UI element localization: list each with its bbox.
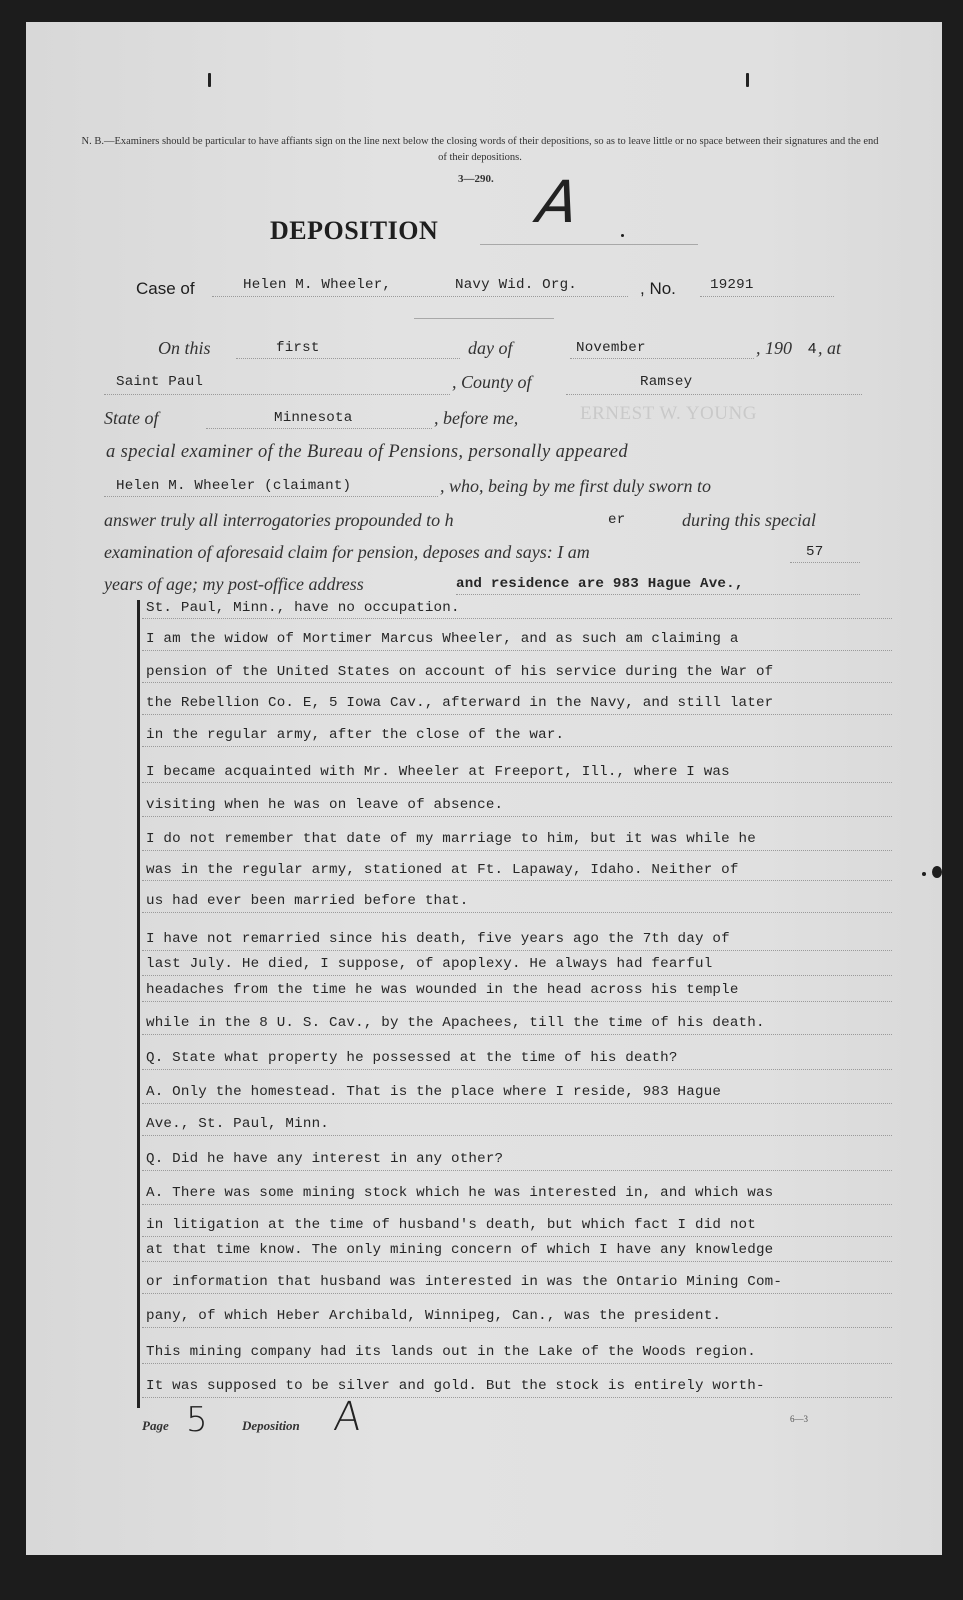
- body-line: I became acquainted with Mr. Wheeler at …: [146, 764, 730, 780]
- page-title: DEPOSITION: [270, 216, 438, 246]
- county-line: [566, 394, 862, 395]
- deposition-label: Deposition: [242, 1418, 300, 1434]
- body-line: the Rebellion Co. E, 5 Iowa Cav., afterw…: [146, 695, 773, 711]
- day-of-label: day of: [468, 338, 513, 359]
- years-label: years of age; my post-office address: [104, 574, 364, 595]
- ink-dot: [621, 234, 624, 237]
- pronoun-value: er: [608, 512, 625, 528]
- ink-blot: [932, 866, 942, 878]
- examiner-name-stamp: ERNEST W. YOUNG: [580, 403, 757, 425]
- state-line: [206, 428, 432, 429]
- case-field-line: [212, 296, 628, 297]
- rule-line: [142, 650, 892, 651]
- body-line: St. Paul, Minn., have no occupation.: [146, 600, 460, 616]
- page-number-handwritten: 5: [186, 1400, 208, 1440]
- footer-deposition-letter-handwritten: A: [332, 1394, 364, 1440]
- rule-line: [142, 1236, 892, 1237]
- form-number: 3—290.: [458, 173, 494, 185]
- body-line: A. Only the homestead. That is the place…: [146, 1084, 721, 1100]
- examiner-line: a special examiner of the Bureau of Pens…: [106, 442, 628, 463]
- rule-line: [142, 1327, 892, 1328]
- rule-line: [142, 1034, 892, 1035]
- day-line: [236, 358, 460, 359]
- county-value: Ramsey: [640, 374, 692, 390]
- state-value: Minnesota: [274, 410, 352, 426]
- sworn-label: , who, being by me first duly sworn to: [440, 476, 711, 497]
- state-label: State of: [104, 408, 159, 429]
- affiant-line: [104, 496, 438, 497]
- page-label: Page: [142, 1418, 169, 1434]
- body-line: I have not remarried since his death, fi…: [146, 931, 730, 947]
- at-label: , at: [818, 338, 841, 359]
- body-line: in the regular army, after the close of …: [146, 727, 564, 743]
- rule-line: [142, 746, 892, 747]
- separator-rule: [414, 318, 554, 319]
- rule-line: [142, 1135, 892, 1136]
- binding-mark-right: [746, 73, 749, 87]
- rule-line: [142, 1293, 892, 1294]
- rule-line: [142, 975, 892, 976]
- examination-line: examination of aforesaid claim for pensi…: [104, 542, 590, 563]
- body-line: Q. State what property he possessed at t…: [146, 1050, 678, 1066]
- rule-line: [142, 1001, 892, 1002]
- rule-line: [142, 1204, 892, 1205]
- rule-line: [142, 1103, 892, 1104]
- body-line: at that time know. The only mining conce…: [146, 1242, 773, 1258]
- rule-line: [142, 1397, 892, 1398]
- body-line: This mining company had its lands out in…: [146, 1344, 756, 1360]
- rule-line: [142, 950, 892, 951]
- rule-line: [142, 1069, 892, 1070]
- body-line: while in the 8 U. S. Cav., by the Apache…: [146, 1015, 765, 1031]
- answer-line-a: answer truly all interrogatories propoun…: [104, 510, 454, 531]
- body-line: in litigation at the time of husband's d…: [146, 1217, 756, 1233]
- age-line: [790, 562, 860, 563]
- answer-line-b: during this special: [682, 510, 816, 531]
- ink-dot: [922, 872, 926, 876]
- body-line: last July. He died, I suppose, of apople…: [146, 956, 712, 972]
- body-line: us had ever been married before that.: [146, 893, 468, 909]
- body-line: It was supposed to be silver and gold. B…: [146, 1378, 765, 1394]
- case-number-label: , No.: [640, 279, 676, 299]
- case-type-value: Navy Wid. Org.: [455, 277, 577, 293]
- rule-line: [142, 850, 892, 851]
- rule-line: [142, 1170, 892, 1171]
- year-digit-value: 4: [808, 340, 816, 357]
- margin-rule: [137, 600, 140, 1408]
- place-line: [104, 394, 450, 395]
- rule-line: [142, 782, 892, 783]
- body-line: A. There was some mining stock which he …: [146, 1185, 773, 1201]
- rule-line: [142, 1363, 892, 1364]
- county-label: , County of: [452, 372, 532, 393]
- case-of-label: Case of: [136, 279, 195, 299]
- rule-line: [142, 714, 892, 715]
- document-page: [26, 22, 942, 1555]
- place-value: Saint Paul: [116, 374, 203, 390]
- body-line: visiting when he was on leave of absence…: [146, 797, 503, 813]
- body-line: Ave., St. Paul, Minn.: [146, 1116, 329, 1132]
- case-number-value: 19291: [710, 277, 754, 293]
- body-line: was in the regular army, stationed at Ft…: [146, 862, 739, 878]
- binding-mark-left: [208, 73, 211, 87]
- rule-line: [142, 682, 892, 683]
- month-value: November: [576, 340, 646, 356]
- affiant-value: Helen M. Wheeler (claimant): [116, 478, 351, 494]
- address-line: [456, 594, 860, 595]
- body-line: I do not remember that date of my marria…: [146, 831, 756, 847]
- body-line: or information that husband was interest…: [146, 1274, 782, 1290]
- month-line: [570, 358, 754, 359]
- day-value: first: [276, 340, 320, 356]
- rule-line: [142, 912, 892, 913]
- rule-line: [142, 1261, 892, 1262]
- body-line: pany, of which Heber Archibald, Winnipeg…: [146, 1308, 721, 1324]
- title-underline: [480, 244, 698, 245]
- rule-line: [142, 880, 892, 881]
- year-label: , 190: [756, 338, 792, 359]
- body-line: headaches from the time he was wounded i…: [146, 982, 739, 998]
- age-value: 57: [806, 544, 823, 560]
- before-me-label: , before me,: [434, 408, 518, 429]
- nb-notice: N. B.—Examiners should be particular to …: [80, 134, 880, 166]
- case-number-line: [700, 296, 834, 297]
- rule-line: [142, 816, 892, 817]
- case-name-value: Helen M. Wheeler,: [243, 277, 391, 293]
- body-line: pension of the United States on account …: [146, 664, 773, 680]
- rule-line: [142, 618, 892, 619]
- corner-mark: 6—3: [790, 1414, 808, 1424]
- body-line: Q. Did he have any interest in any other…: [146, 1151, 503, 1167]
- address-tail: and residence are 983 Hague Ave.,: [456, 576, 744, 592]
- on-this-label: On this: [158, 338, 211, 359]
- body-line: I am the widow of Mortimer Marcus Wheele…: [146, 631, 739, 647]
